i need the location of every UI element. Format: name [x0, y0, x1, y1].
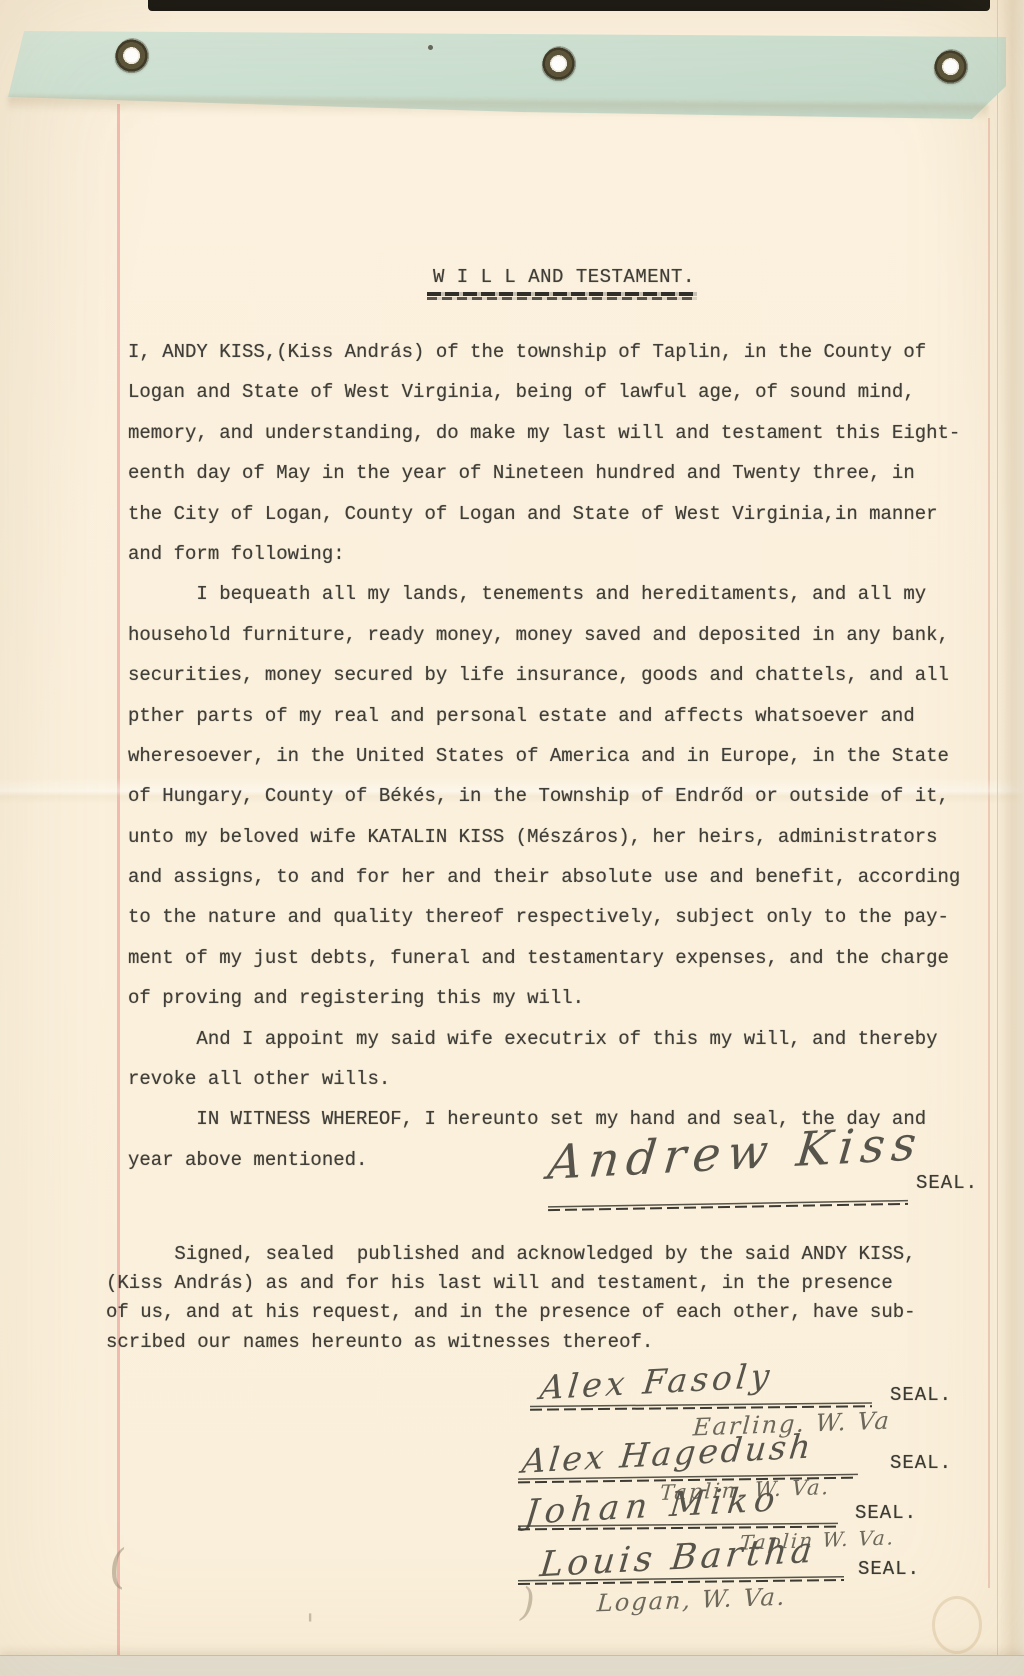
typed-line: Logan and State of West Virginia, being …	[128, 372, 978, 412]
witness-signature-1: Alex Fasoly	[538, 1356, 775, 1407]
typed-line: pther parts of my real and personal esta…	[128, 696, 978, 736]
page-bottom-edge	[0, 1655, 1024, 1676]
grommet-eyelet-center	[542, 46, 578, 86]
typed-line: I bequeath all my lands, tenements and h…	[128, 574, 978, 614]
left-margin-rule	[117, 104, 120, 1660]
witness-seal-label-3: SEAL.	[855, 1502, 917, 1524]
typed-line: of Hungary, County of Békés, in the Town…	[128, 776, 978, 816]
title-underline	[427, 292, 697, 302]
typed-line: wheresoever, in the United States of Ame…	[128, 736, 978, 776]
right-margin-rule	[988, 118, 990, 1588]
typed-line: to the nature and quality thereof respec…	[128, 897, 978, 937]
document-title: W I L L AND TESTAMENT.	[433, 266, 695, 288]
typed-line: scribed our names hereunto as witnesses …	[106, 1328, 986, 1357]
embossed-ring-artifact	[932, 1596, 982, 1654]
paper-sheet: W I L L AND TESTAMENT. I, ANDY KISS,(Kis…	[0, 0, 1024, 1676]
typed-line: Signed, sealed published and acknowledge…	[106, 1240, 986, 1269]
typed-line: the City of Logan, County of Logan and S…	[128, 494, 978, 534]
testator-seal-label: SEAL.	[916, 1172, 978, 1194]
witness-seal-label-2: SEAL.	[890, 1452, 952, 1474]
typed-line: securities, money secured by life insura…	[128, 655, 978, 695]
grommet-eyelet-right	[934, 49, 970, 89]
ink-speck	[428, 45, 433, 50]
attestation-clause: Signed, sealed published and acknowledge…	[106, 1240, 986, 1357]
witness-location-4: Logan, W. Va.	[596, 1583, 787, 1618]
typed-line: memory, and understanding, do make my la…	[128, 413, 978, 453]
typed-line: of proving and registering this my will.	[128, 978, 978, 1018]
page-right-edge	[997, 0, 1024, 1676]
witness-seal-label-4: SEAL.	[858, 1558, 920, 1580]
typed-line: and form following:	[128, 534, 978, 574]
typed-line: (Kiss András) as and for his last will a…	[106, 1269, 986, 1298]
testator-signature-line	[548, 1200, 908, 1211]
scanned-will-document: W I L L AND TESTAMENT. I, ANDY KISS,(Kis…	[0, 0, 1024, 1676]
typed-line: And I appoint my said wife executrix of …	[128, 1019, 978, 1059]
typed-line: revoke all other wills.	[128, 1059, 978, 1099]
will-body-text: I, ANDY KISS,(Kiss András) of the townsh…	[128, 332, 978, 1180]
typed-line: ment of my just debts, funeral and testa…	[128, 938, 978, 978]
witness-seal-label-1: SEAL.	[890, 1384, 952, 1406]
pencil-mark-artifact: )	[520, 1580, 535, 1624]
typed-line: of us, and at his request, and in the pr…	[106, 1298, 986, 1327]
typed-line: and assigns, to and for her and their ab…	[128, 857, 978, 897]
pencil-mark-artifact: (	[104, 1539, 129, 1595]
grommet-eyelet-left	[115, 38, 151, 78]
pencil-mark-artifact: '	[306, 1608, 314, 1643]
witness-signature-2: Alex Hagedush	[520, 1426, 815, 1481]
typed-line: household furniture, ready money, money …	[128, 615, 978, 655]
typed-line: I, ANDY KISS,(Kiss András) of the townsh…	[128, 332, 978, 372]
typed-line: unto my beloved wife KATALIN KISS (Mészá…	[128, 817, 978, 857]
typed-line: eenth day of May in the year of Nineteen…	[128, 453, 978, 493]
scan-top-edge	[148, 0, 990, 11]
